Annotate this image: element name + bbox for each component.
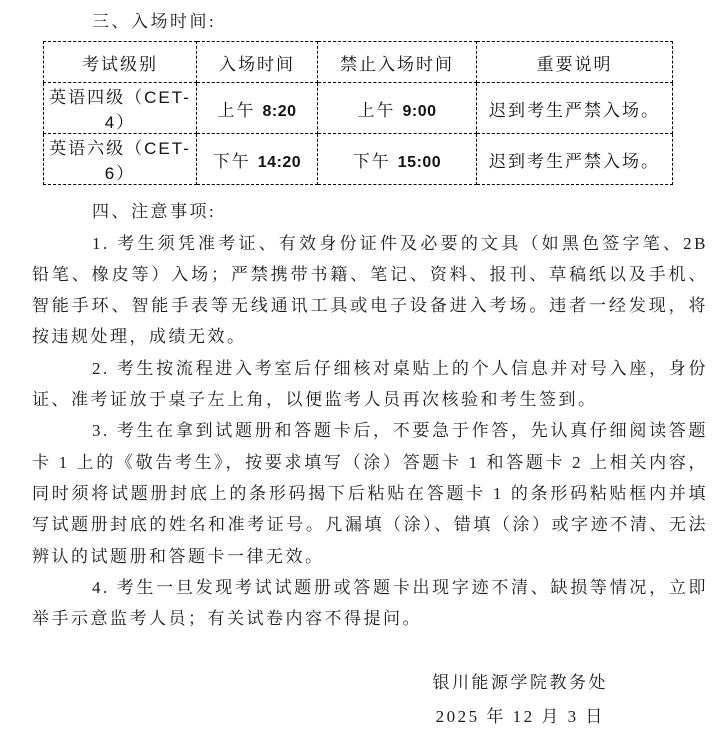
cet6-note-cell: 迟到考生严禁入场。 [477,134,673,185]
col-header-exam-level: 考试级别 [44,42,197,83]
cet6-entry-time-value: 14:20 [258,154,301,171]
cet6-deadline-time-value: 15:00 [398,154,441,171]
cet4-deadline-time-cell: 上午9:00 [318,83,477,134]
note-item-1: 1. 考生须凭准考证、有效身份证件及必要的文具（如黑色签字笔、2B 铅笔、橡皮等… [32,228,708,353]
cet6-level-cell: 英语六级（CET-6） [44,134,197,185]
cet4-note-cell: 迟到考生严禁入场。 [477,83,673,134]
cet6-entry-time-cell: 下午14:20 [197,134,318,185]
section-entry-heading: 三、入场时间: [32,6,708,37]
col-header-important-note: 重要说明 [477,42,673,83]
signature-org: 银川能源学院教务处 [433,666,609,700]
section-notes-heading: 四、注意事项: [32,196,708,227]
note-item-3: 3. 考生在拿到试题册和答题卡后，不要急于作答，先认真仔细阅读答题卡 1 上的《… [32,415,708,571]
cet6-deadline-period: 下午 [353,152,391,171]
cet4-entry-time-value: 8:20 [262,103,296,120]
signature-inner: 银川能源学院教务处 2025 年 12 月 3 日 [433,666,609,734]
cet4-deadline-time-value: 9:00 [402,103,436,120]
signature-date: 2025 年 12 月 3 日 [433,700,609,734]
table-header-row: 考试级别 入场时间 禁止入场时间 重要说明 [44,42,673,83]
table-row-cet4: 英语四级（CET-4） 上午8:20 上午9:00 迟到考生严禁入场。 [44,83,673,134]
exam-notice-page: 三、入场时间: 考试级别 入场时间 禁止入场时间 重要说明 英语四级（CET-4… [0,0,724,736]
cet4-entry-period: 上午 [217,101,255,120]
col-header-deadline-time: 禁止入场时间 [318,42,477,83]
cet4-deadline-period: 上午 [357,101,395,120]
cet4-entry-time-cell: 上午8:20 [197,83,318,134]
cet6-deadline-time-cell: 下午15:00 [318,134,477,185]
cet6-entry-period: 下午 [213,152,251,171]
entry-time-table: 考试级别 入场时间 禁止入场时间 重要说明 英语四级（CET-4） 上午8:20… [43,41,673,185]
note-item-2: 2. 考生按流程进入考室后仔细核对桌贴上的个人信息并对号入座，身份证、准考证放于… [32,353,708,416]
cet4-level-cell: 英语四级（CET-4） [44,83,197,134]
table-row-cet6: 英语六级（CET-6） 下午14:20 下午15:00 迟到考生严禁入场。 [44,134,673,185]
signature-block: 银川能源学院教务处 2025 年 12 月 3 日 [32,666,708,734]
note-item-4: 4. 考生一旦发现考试试题册或答题卡出现字迹不清、缺损等情况，立即举手示意监考人… [32,572,708,635]
col-header-entry-time: 入场时间 [197,42,318,83]
